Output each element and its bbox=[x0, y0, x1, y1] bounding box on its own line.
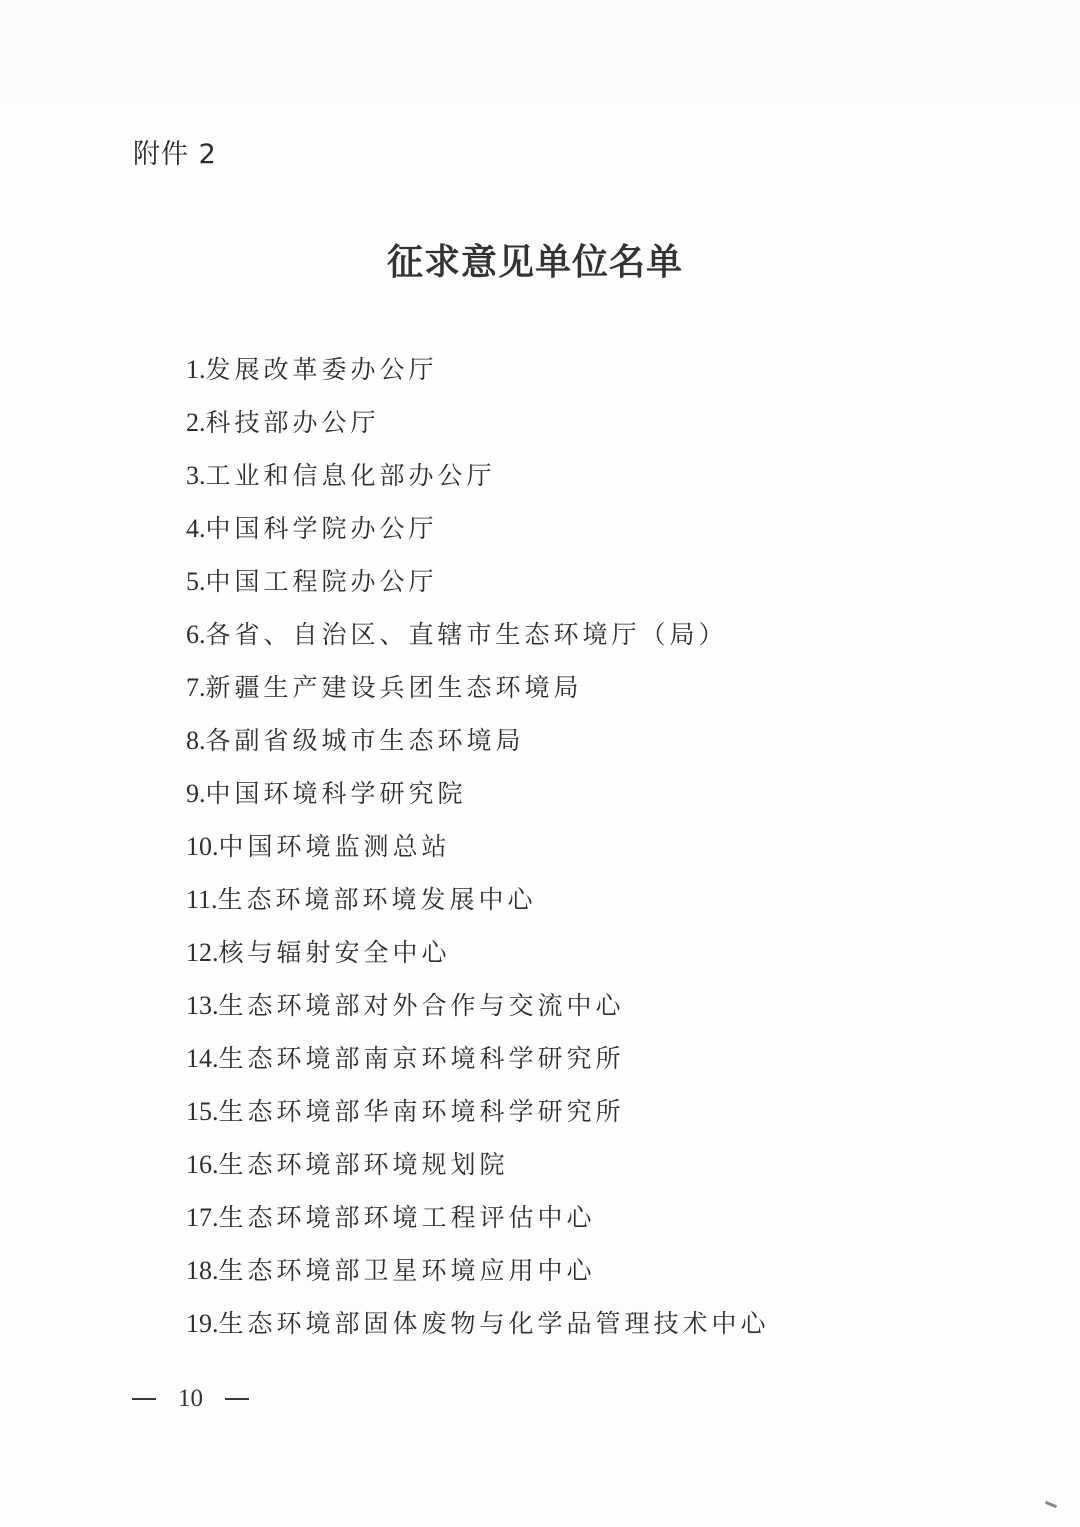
list-item: 1.发展改革委办公厅 bbox=[186, 348, 770, 401]
item-number: 8. bbox=[186, 726, 206, 755]
unit-name: 科技部办公厅 bbox=[206, 408, 380, 437]
unit-name: 生态环境部环境规划院 bbox=[219, 1150, 509, 1179]
document-title-text: 征求意见单位名单 bbox=[387, 241, 683, 283]
list-item: 9.中国环境科学研究院 bbox=[186, 772, 770, 825]
unit-name: 生态环境部卫星环境应用中心 bbox=[219, 1256, 596, 1285]
unit-name: 生态环境部环境发展中心 bbox=[218, 885, 537, 914]
list-item: 14.生态环境部南京环境科学研究所 bbox=[186, 1037, 770, 1090]
list-item: 10.中国环境监测总站 bbox=[186, 825, 770, 878]
item-number: 12. bbox=[186, 938, 219, 967]
list-item: 7.新疆生产建设兵团生态环境局 bbox=[186, 666, 770, 719]
unit-name: 中国工程院办公厅 bbox=[206, 567, 438, 596]
unit-name: 生态环境部环境工程评估中心 bbox=[219, 1203, 596, 1232]
list-item: 4.中国科学院办公厅 bbox=[186, 507, 770, 560]
list-item: 16.生态环境部环境规划院 bbox=[186, 1143, 770, 1196]
unit-name: 各省、自治区、直辖市生态环境厅（局） bbox=[206, 620, 728, 649]
list-item: 17.生态环境部环境工程评估中心 bbox=[186, 1196, 770, 1249]
unit-name: 工业和信息化部办公厅 bbox=[206, 461, 496, 490]
list-item: 19.生态环境部固体废物与化学品管理技术中心 bbox=[186, 1302, 770, 1355]
item-number: 3. bbox=[186, 461, 206, 490]
item-number: 18. bbox=[186, 1256, 219, 1285]
item-number: 5. bbox=[186, 567, 206, 596]
list-item: 3.工业和信息化部办公厅 bbox=[186, 454, 770, 507]
unit-list: 1.发展改革委办公厅 2.科技部办公厅 3.工业和信息化部办公厅 4.中国科学院… bbox=[186, 348, 770, 1355]
unit-name: 生态环境部固体废物与化学品管理技术中心 bbox=[219, 1309, 770, 1338]
footer-dash-left bbox=[132, 1398, 156, 1400]
unit-name: 生态环境部南京环境科学研究所 bbox=[219, 1044, 625, 1073]
item-number: 10. bbox=[186, 832, 219, 861]
unit-name: 中国环境科学研究院 bbox=[206, 779, 467, 808]
footer-dash-right bbox=[225, 1398, 249, 1400]
item-number: 2. bbox=[186, 408, 206, 437]
unit-name: 各副省级城市生态环境局 bbox=[206, 726, 525, 755]
unit-name: 新疆生产建设兵团生态环境局 bbox=[206, 673, 583, 702]
list-item: 5.中国工程院办公厅 bbox=[186, 560, 770, 613]
item-number: 6. bbox=[186, 620, 206, 649]
item-number: 19. bbox=[186, 1309, 219, 1338]
item-number: 7. bbox=[186, 673, 206, 702]
item-number: 13. bbox=[186, 991, 219, 1020]
item-number: 15. bbox=[186, 1097, 219, 1126]
unit-name: 中国科学院办公厅 bbox=[206, 514, 438, 543]
document-title: 征求意见单位名单 bbox=[0, 234, 1080, 285]
item-number: 14. bbox=[186, 1044, 219, 1073]
list-item: 12.核与辐射安全中心 bbox=[186, 931, 770, 984]
unit-name: 生态环境部华南环境科学研究所 bbox=[219, 1097, 625, 1126]
list-item: 8.各副省级城市生态环境局 bbox=[186, 719, 770, 772]
page-footer: 10 bbox=[132, 1385, 249, 1413]
item-number: 17. bbox=[186, 1203, 219, 1232]
attachment-label: 附件 2 bbox=[133, 132, 217, 171]
item-number: 4. bbox=[186, 514, 206, 543]
scan-artifact bbox=[1045, 1501, 1057, 1508]
item-number: 1. bbox=[186, 355, 206, 384]
item-number: 16. bbox=[186, 1150, 219, 1179]
list-item: 2.科技部办公厅 bbox=[186, 401, 770, 454]
unit-name: 中国环境监测总站 bbox=[219, 832, 451, 861]
document-page: 附件 2 征求意见单位名单 1.发展改革委办公厅 2.科技部办公厅 3.工业和信… bbox=[0, 0, 1080, 1527]
unit-name: 生态环境部对外合作与交流中心 bbox=[219, 991, 625, 1020]
list-item: 13.生态环境部对外合作与交流中心 bbox=[186, 984, 770, 1037]
list-item: 11.生态环境部环境发展中心 bbox=[186, 878, 770, 931]
page-number: 10 bbox=[178, 1385, 203, 1413]
unit-name: 核与辐射安全中心 bbox=[219, 938, 451, 967]
item-number: 11. bbox=[186, 885, 218, 914]
list-item: 18.生态环境部卫星环境应用中心 bbox=[186, 1249, 770, 1302]
list-item: 6.各省、自治区、直辖市生态环境厅（局） bbox=[186, 613, 770, 666]
item-number: 9. bbox=[186, 779, 206, 808]
unit-name: 发展改革委办公厅 bbox=[206, 355, 438, 384]
list-item: 15.生态环境部华南环境科学研究所 bbox=[186, 1090, 770, 1143]
